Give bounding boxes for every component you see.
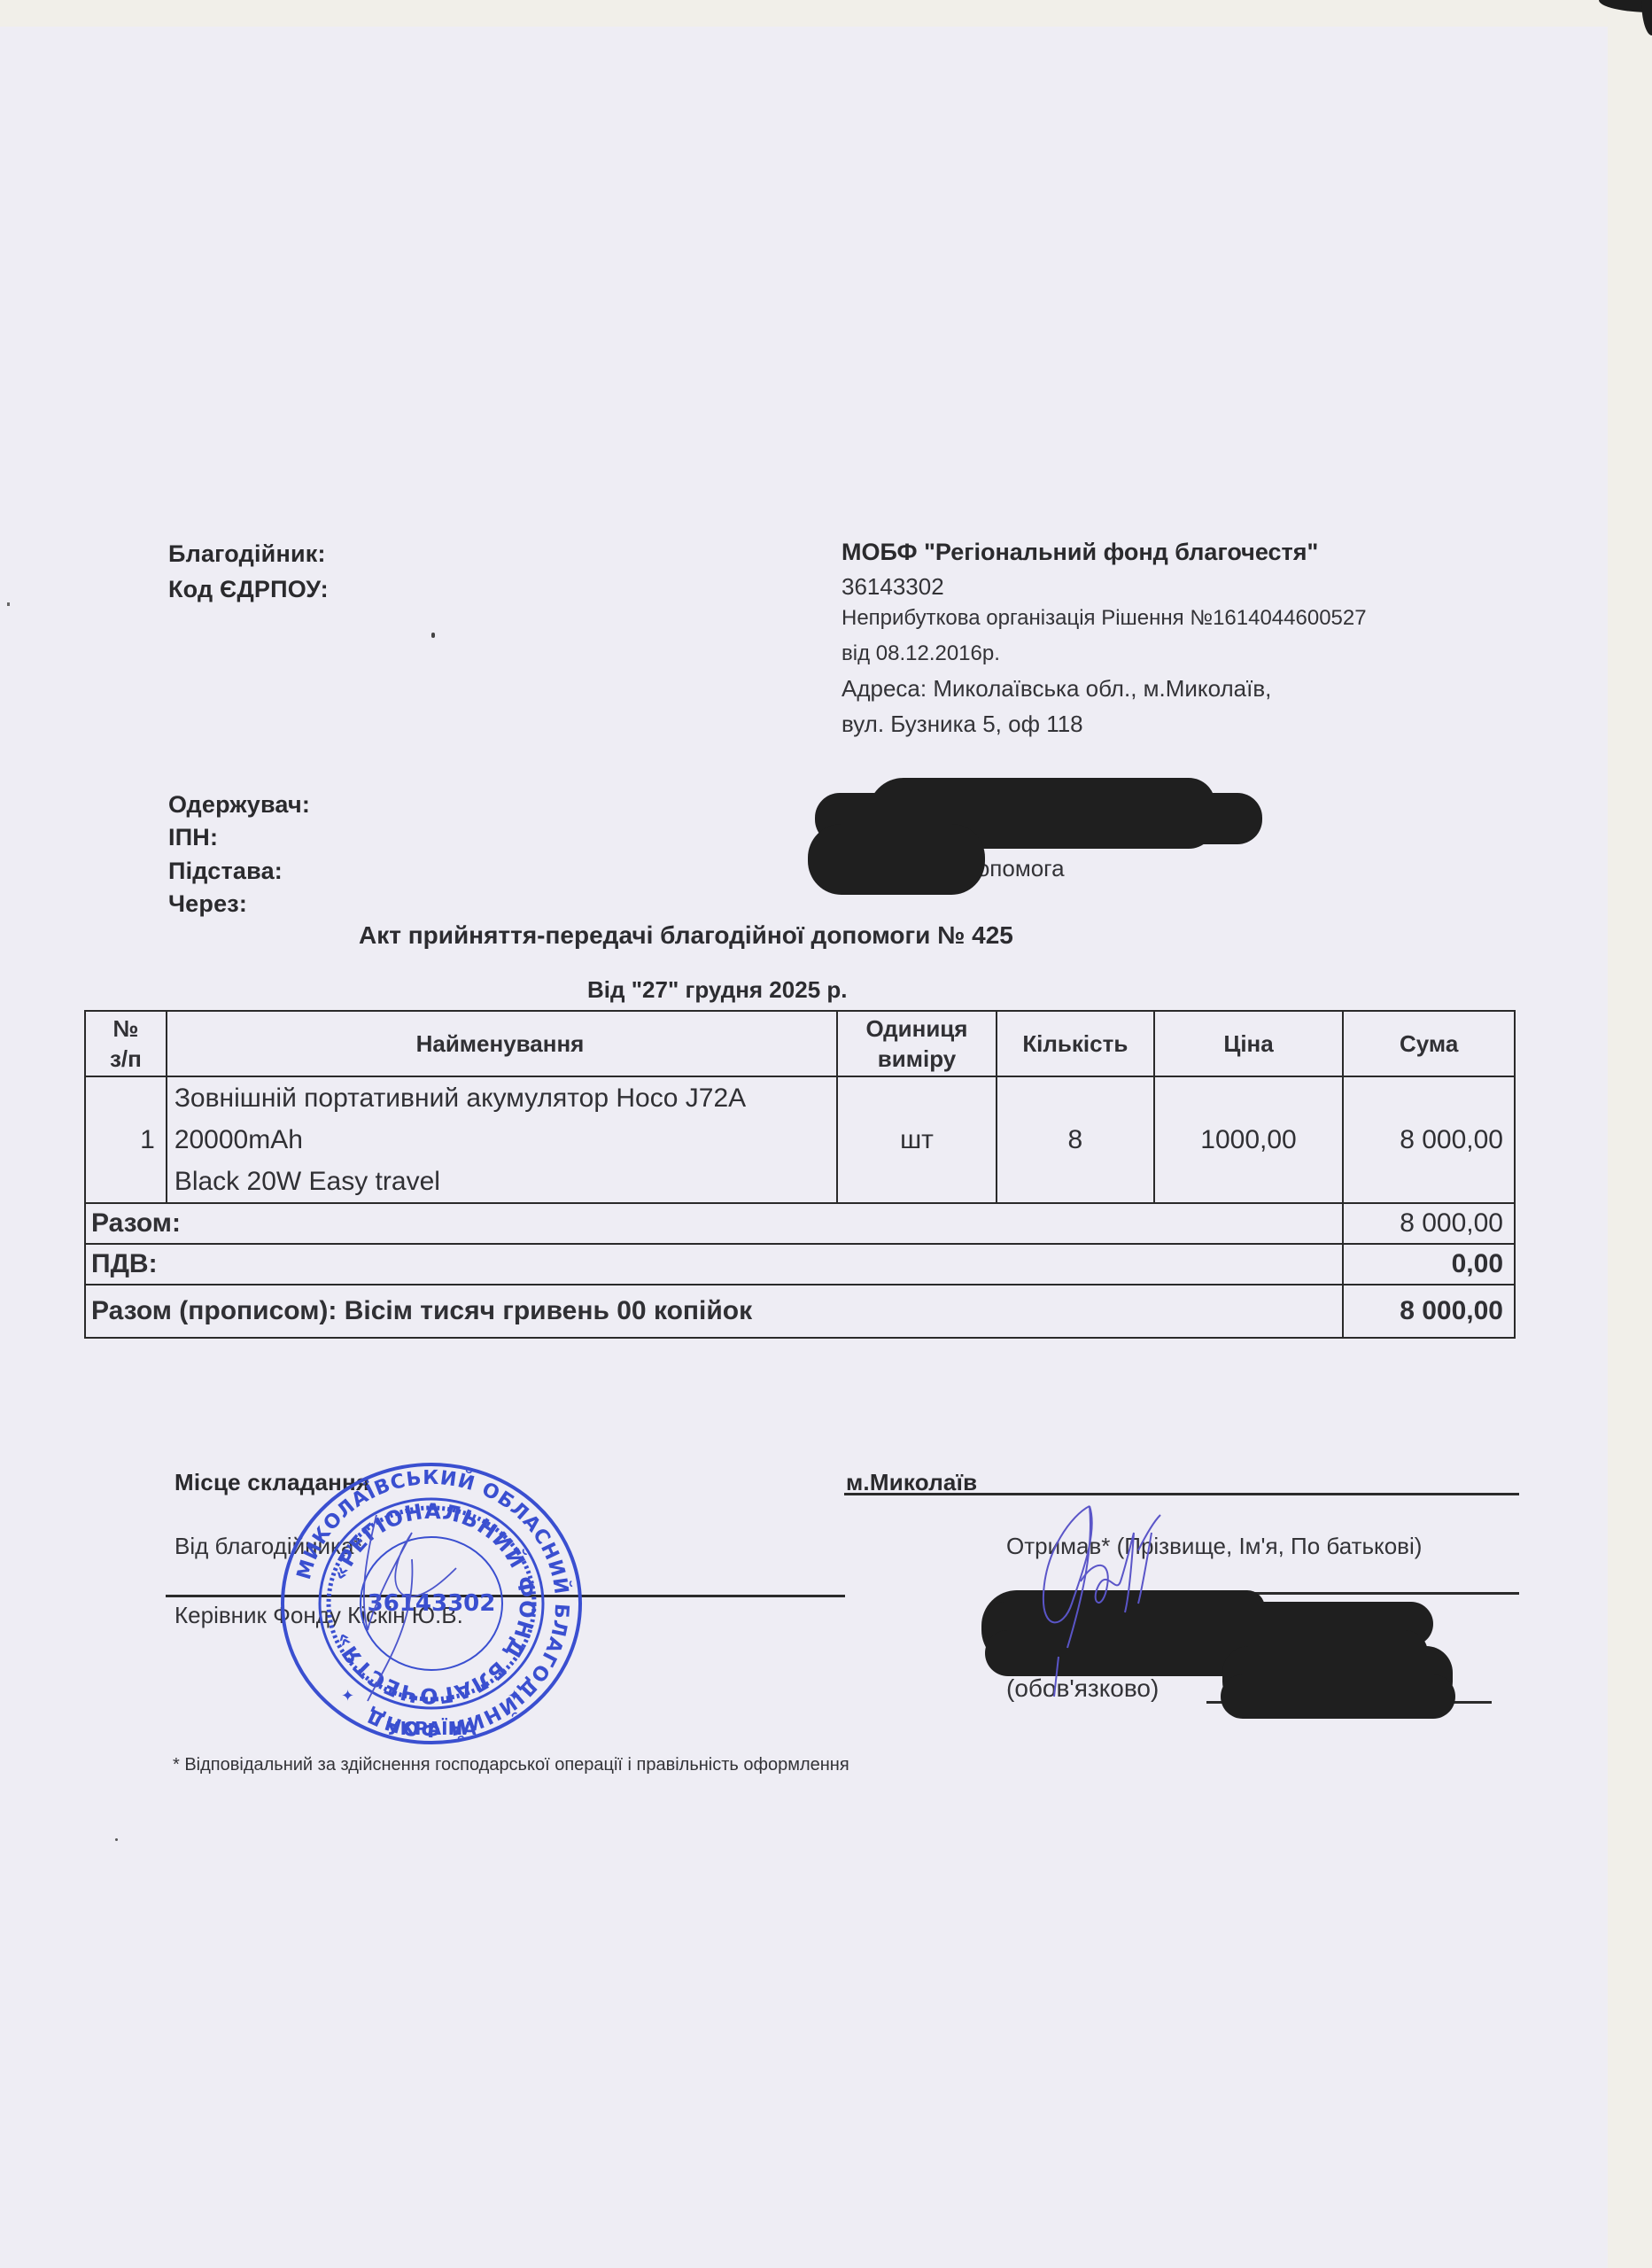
scan-border-top: [0, 0, 1652, 27]
table-header-row: № з/п Найменування Одиниця виміру Кількі…: [85, 1011, 1515, 1076]
cell-price: 1000,00: [1154, 1076, 1344, 1203]
cell-name-line: 20000mAh: [175, 1119, 826, 1161]
header-qty: Кількість: [997, 1011, 1154, 1076]
header-unit-line2: виміру: [849, 1044, 985, 1074]
svg-text:УКРАЇНА: УКРАЇНА: [386, 1718, 477, 1739]
donor-code: 36143302: [842, 573, 944, 601]
donor-address-1: Адреса: Миколаївська обл., м.Миколаїв,: [842, 675, 1271, 703]
act-date: Від "27" грудня 2025 р.: [587, 976, 847, 1004]
total-label: Разом:: [85, 1203, 1343, 1244]
donor-nonprofit: Неприбуткова організація Рішення №161404…: [842, 606, 1367, 631]
svg-text:36143302: 36143302: [368, 1590, 496, 1617]
donor-address-2: вул. Бузника 5, оф 118: [842, 711, 1083, 738]
basis-label: Підстава:: [168, 858, 283, 885]
vat-row: ПДВ: 0,00: [85, 1244, 1515, 1285]
recipient-label: Одержувач:: [168, 791, 310, 819]
footnote: * Відповідальний за здійснення господарс…: [173, 1755, 849, 1775]
header-num: № з/п: [85, 1011, 167, 1076]
words-row: Разом (прописом): Вісім тисяч гривень 00…: [85, 1285, 1515, 1338]
donor-nonprofit-date: від 08.12.2016р.: [842, 641, 1000, 666]
header-num-line1: №: [97, 1014, 155, 1044]
cell-num: 1: [85, 1076, 167, 1203]
act-title: Акт прийняття-передачі благодійної допом…: [359, 921, 1013, 950]
cell-name-line: Зовнішній портативний акумулятор Hoco J7…: [175, 1077, 826, 1119]
place-underline: [844, 1493, 1519, 1495]
cell-name: Зовнішній портативний акумулятор Hoco J7…: [167, 1076, 837, 1203]
svg-text:✦: ✦: [508, 1687, 521, 1705]
cell-sum: 8 000,00: [1343, 1076, 1515, 1203]
donor-label: Благодійник:: [168, 540, 326, 568]
redaction-mark: [808, 824, 985, 895]
cell-unit: шт: [837, 1076, 997, 1203]
svg-text:✦: ✦: [341, 1687, 354, 1705]
scan-speck: [115, 1838, 118, 1841]
via-label: Через:: [168, 890, 247, 918]
scan-speck: [7, 602, 10, 606]
donor-name: МОБФ "Регіональний фонд благочестя": [842, 539, 1318, 566]
total-value: 8 000,00: [1343, 1203, 1515, 1244]
ipn-label: ІПН:: [168, 824, 218, 851]
cell-name-line: Black 20W Easy travel: [175, 1161, 826, 1202]
words-label: Разом (прописом): Вісім тисяч гривень 00…: [85, 1285, 1343, 1338]
items-table: № з/п Найменування Одиниця виміру Кількі…: [84, 1010, 1516, 1339]
total-row: Разом: 8 000,00: [85, 1203, 1515, 1244]
organization-stamp-icon: МИКОЛАЇВСЬКИЙ ОБЛАСНИЙ БЛАГОДІЙНИЙ ФОНД …: [279, 1462, 585, 1745]
cell-qty: 8: [997, 1076, 1154, 1203]
header-sum: Сума: [1343, 1011, 1515, 1076]
scan-border-right: [1608, 0, 1652, 2268]
vat-label: ПДВ:: [85, 1244, 1343, 1285]
header-name: Найменування: [167, 1011, 837, 1076]
donor-code-label: Код ЄДРПОУ:: [168, 576, 329, 603]
header-price: Ціна: [1154, 1011, 1344, 1076]
words-value: 8 000,00: [1343, 1285, 1515, 1338]
vat-value: 0,00: [1343, 1244, 1515, 1285]
header-unit-line1: Одиниця: [849, 1014, 985, 1044]
table-row: 1 Зовнішній портативний акумулятор Hoco …: [85, 1076, 1515, 1203]
recipient-signature-icon: [1010, 1497, 1258, 1701]
header-unit: Одиниця виміру: [837, 1011, 997, 1076]
header-num-line2: з/п: [97, 1044, 155, 1074]
scan-speck: [431, 633, 435, 638]
